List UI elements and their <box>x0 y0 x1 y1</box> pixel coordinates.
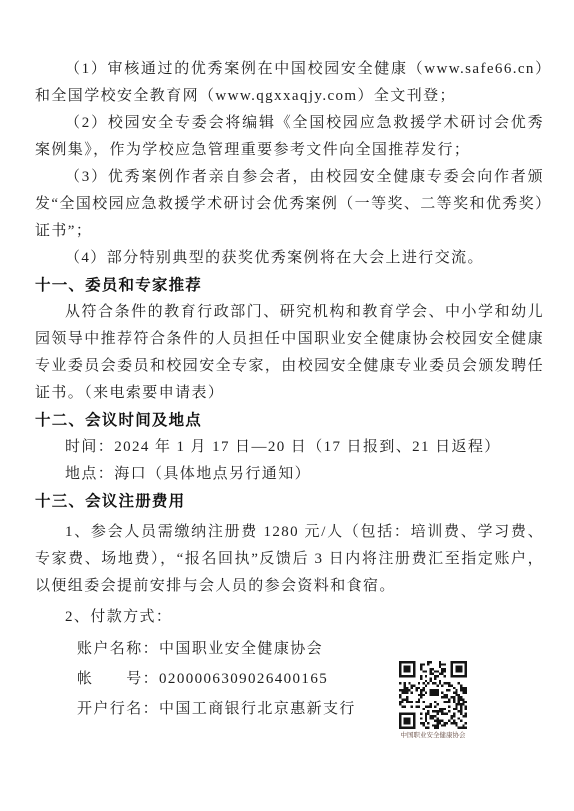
bank-name-value: 中国工商银行北京惠新支行 <box>159 701 356 717</box>
registration-fee-paragraph: 1、参会人员需缴纳注册费 1280 元/人（包括：培训费、学习费、专家费、场地费… <box>35 519 544 600</box>
meeting-location-line: 地点：海口（具体地点另行通知） <box>35 461 544 488</box>
section-heading-13: 十三、会议注册费用 <box>35 488 544 515</box>
section-11-paragraph: 从符合条件的教育行政部门、研究机构和教育学会、中小学和幼儿园领导中推荐符合条件的… <box>35 299 544 407</box>
qr-code <box>399 661 467 729</box>
account-name-row: 账户名称：中国职业安全健康协会 <box>77 634 544 664</box>
section-heading-11: 十一、委员和专家推荐 <box>35 272 544 299</box>
bank-name-row: 开户行名：中国工商银行北京惠新支行 <box>77 694 544 724</box>
section-heading-12: 十二、会议时间及地点 <box>35 407 544 434</box>
numbered-item-1: （1）审核通过的优秀案例在中国校园安全健康（www.safe66.cn）和全国学… <box>35 56 544 110</box>
account-number-label: 帐 号： <box>77 671 159 687</box>
meeting-time-line: 时间：2024 年 1 月 17 日—20 日（17 日报到、21 日返程） <box>35 434 544 461</box>
account-number-row: 帐 号：0200006309026400165 <box>77 664 544 694</box>
qr-caption: 中国职业安全健康协会 <box>393 732 473 740</box>
account-name-label: 账户名称： <box>77 641 159 657</box>
numbered-item-3: （3）优秀案例作者亲自参会者，由校园安全健康专委会向作者颁发“全国校园应急救援学… <box>35 164 544 245</box>
account-name-value: 中国职业安全健康协会 <box>159 641 323 657</box>
bank-name-label: 开户行名： <box>77 701 159 717</box>
payment-method-line: 2、付款方式： <box>35 604 544 631</box>
qr-code-block: 中国职业安全健康协会 <box>393 661 473 740</box>
document-page: （1）审核通过的优秀案例在中国校园安全健康（www.safe66.cn）和全国学… <box>0 0 574 811</box>
numbered-item-4: （4）部分特别典型的获奖优秀案例将在大会上进行交流。 <box>35 245 544 272</box>
account-number-value: 0200006309026400165 <box>159 671 328 687</box>
numbered-item-2: （2）校园安全专委会将编辑《全国校园应急救援学术研讨会优秀案例集》，作为学校应急… <box>35 110 544 164</box>
